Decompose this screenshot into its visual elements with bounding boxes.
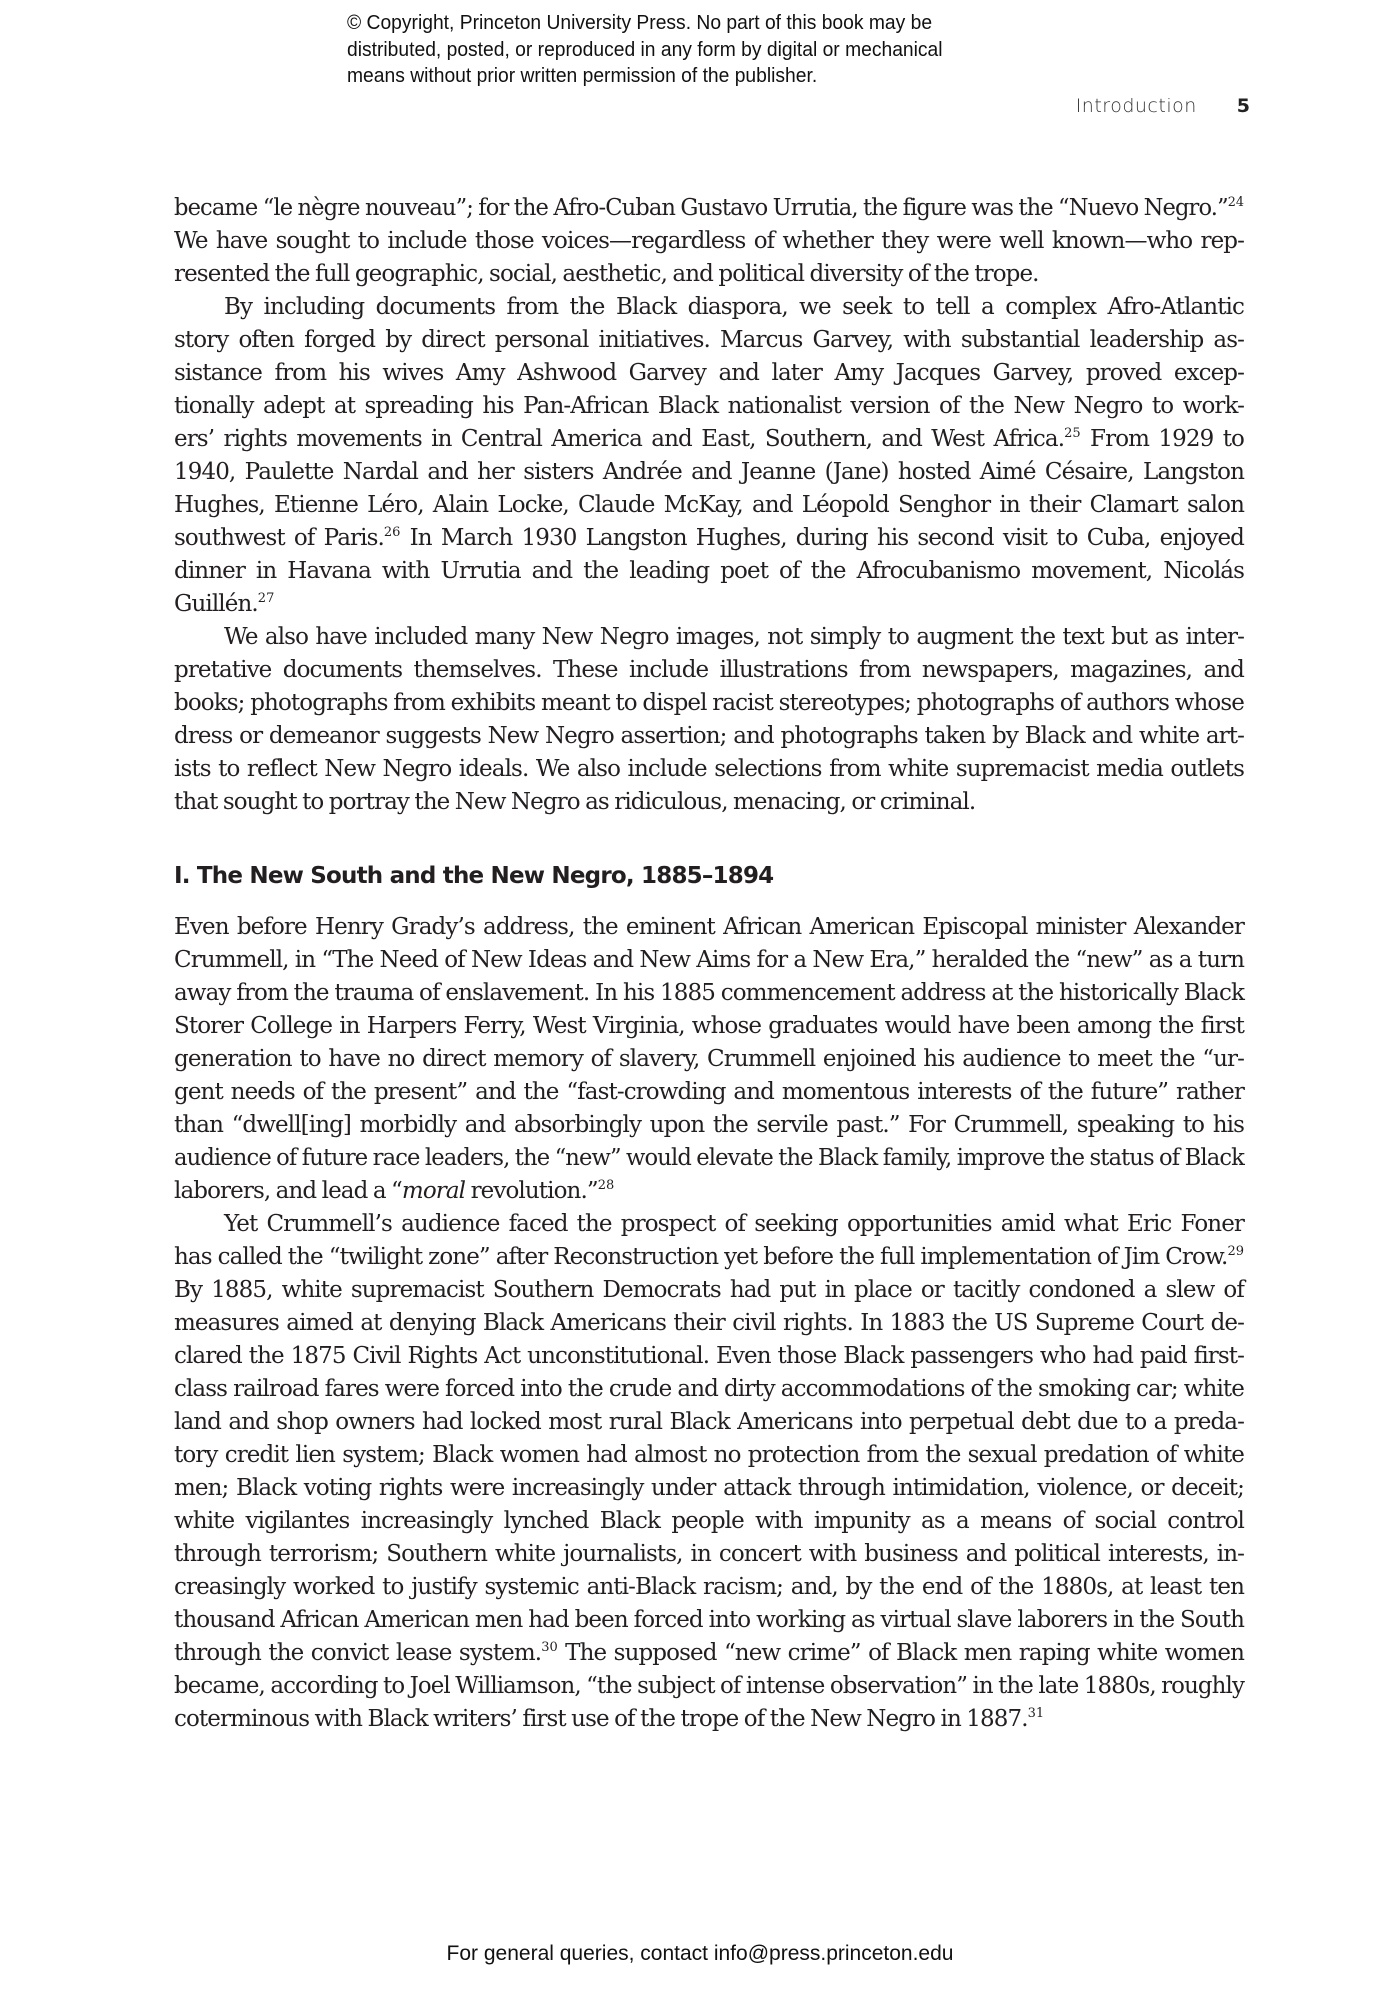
text-line: white vigilantes increasingly lynched Bl… bbox=[174, 1505, 1244, 1538]
footnote-ref: 25 bbox=[1064, 426, 1081, 441]
text-line: Hughes, Etienne Léro, Alain Locke, Claud… bbox=[174, 489, 1244, 522]
text-line: books; photographs from exhibits meant t… bbox=[174, 687, 1244, 720]
text-line: story often forged by direct personal in… bbox=[174, 324, 1244, 357]
text-line: tionally adept at spreading his Pan-Afri… bbox=[174, 390, 1244, 423]
text-line: became “le nègre nouveau”; for the Afro-… bbox=[174, 192, 1244, 225]
paragraph: Even before Henry Grady’s address, the e… bbox=[174, 911, 1244, 1208]
text-line: that sought to portray the New Negro as … bbox=[174, 786, 1244, 819]
footnote-ref: 31 bbox=[1028, 1706, 1045, 1721]
text-line: tory credit lien system; Black women had… bbox=[174, 1439, 1244, 1472]
intro-paragraphs: became “le nègre nouveau”; for the Afro-… bbox=[174, 192, 1244, 819]
copyright-line: means without prior written permission o… bbox=[347, 63, 1061, 90]
text-line: We have sought to include those voices—r… bbox=[174, 225, 1244, 258]
text-line: Crummell, in “The Need of New Ideas and … bbox=[174, 944, 1244, 977]
page-number: 5 bbox=[1237, 95, 1250, 117]
emphasis: moral bbox=[402, 1178, 465, 1204]
text-line: ers’ rights movements in Central America… bbox=[174, 423, 1244, 456]
body-text: became “le nègre nouveau”; for the Afro-… bbox=[174, 192, 1244, 1736]
text-line: class railroad fares were forced into th… bbox=[174, 1373, 1244, 1406]
text-line: laborers, and lead a “moral revolution.”… bbox=[174, 1175, 1244, 1208]
text-line: dress or demeanor suggests New Negro ass… bbox=[174, 720, 1244, 753]
text-line: generation to have no direct memory of s… bbox=[174, 1043, 1244, 1076]
text-line: than “dwell[ing] morbidly and absorbingl… bbox=[174, 1109, 1244, 1142]
text-line: Storer College in Harpers Ferry, West Vi… bbox=[174, 1010, 1244, 1043]
running-head-title: Introduction bbox=[1076, 95, 1197, 117]
footnote-ref: 29 bbox=[1227, 1244, 1244, 1259]
text-line: By including documents from the Black di… bbox=[174, 291, 1244, 324]
text-line: creasingly worked to justify systemic an… bbox=[174, 1571, 1244, 1604]
copyright-notice: © Copyright, Princeton University Press.… bbox=[347, 10, 1061, 90]
text-line: sistance from his wives Amy Ashwood Garv… bbox=[174, 357, 1244, 390]
paragraph: By including documents from the Black di… bbox=[174, 291, 1244, 621]
text-line: men; Black voting rights were increasing… bbox=[174, 1472, 1244, 1505]
text-line: By 1885, white supremacist Southern Demo… bbox=[174, 1274, 1244, 1307]
text-line: coterminous with Black writers’ first us… bbox=[174, 1703, 1244, 1736]
text-line: land and shop owners had locked most rur… bbox=[174, 1406, 1244, 1439]
text-line: resented the full geographic, social, ae… bbox=[174, 258, 1244, 291]
text-line: audience of future race leaders, the “ne… bbox=[174, 1142, 1244, 1175]
copyright-line: © Copyright, Princeton University Press.… bbox=[347, 10, 1061, 37]
text-line: gent needs of the present” and the “fast… bbox=[174, 1076, 1244, 1109]
text-line: ists to reflect New Negro ideals. We als… bbox=[174, 753, 1244, 786]
text-line: Yet Crummell’s audience faced the prospe… bbox=[174, 1208, 1244, 1241]
text-line: away from the trauma of enslavement. In … bbox=[174, 977, 1244, 1010]
text-line: Even before Henry Grady’s address, the e… bbox=[174, 911, 1244, 944]
text-line: has called the “twilight zone” after Rec… bbox=[174, 1241, 1244, 1274]
text-line: 1940, Paulette Nardal and her sisters An… bbox=[174, 456, 1244, 489]
running-head: Introduction 5 bbox=[1076, 95, 1250, 117]
footer-contact: For general queries, contact info@press.… bbox=[0, 1942, 1400, 1966]
text-line: through the convict lease system.30 The … bbox=[174, 1637, 1244, 1670]
text-line: thousand African American men had been f… bbox=[174, 1604, 1244, 1637]
footnote-ref: 28 bbox=[598, 1178, 615, 1193]
text-line: measures aimed at denying Black American… bbox=[174, 1307, 1244, 1340]
text-line: Guillén.27 bbox=[174, 588, 1244, 621]
copyright-line: distributed, posted, or reproduced in an… bbox=[347, 37, 1061, 64]
paragraph: became “le nègre nouveau”; for the Afro-… bbox=[174, 192, 1244, 291]
text-line: became, according to Joel Williamson, “t… bbox=[174, 1670, 1244, 1703]
paragraph: Yet Crummell’s audience faced the prospe… bbox=[174, 1208, 1244, 1736]
text-line: We also have included many New Negro ima… bbox=[174, 621, 1244, 654]
text-line: dinner in Havana with Urrutia and the le… bbox=[174, 555, 1244, 588]
footnote-ref: 30 bbox=[541, 1640, 558, 1655]
footnote-ref: 26 bbox=[384, 525, 401, 540]
text-line: through terrorism; Southern white journa… bbox=[174, 1538, 1244, 1571]
section-heading: I. The New South and the New Negro, 1885… bbox=[174, 861, 1244, 891]
paragraph: We also have included many New Negro ima… bbox=[174, 621, 1244, 819]
text-line: clared the 1875 Civil Rights Act unconst… bbox=[174, 1340, 1244, 1373]
footnote-ref: 27 bbox=[258, 591, 275, 606]
section-paragraphs: Even before Henry Grady’s address, the e… bbox=[174, 911, 1244, 1736]
text-line: southwest of Paris.26 In March 1930 Lang… bbox=[174, 522, 1244, 555]
text-line: pretative documents themselves. These in… bbox=[174, 654, 1244, 687]
footnote-ref: 24 bbox=[1228, 195, 1244, 210]
